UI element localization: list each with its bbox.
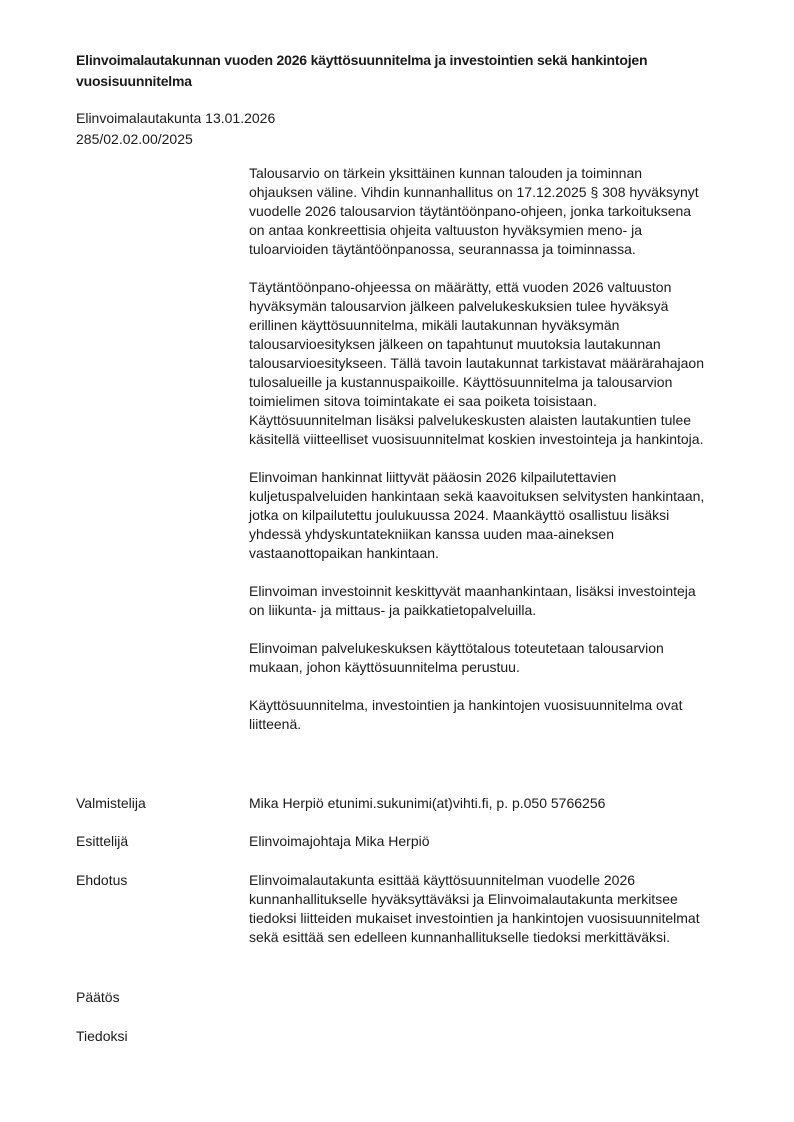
document-title: Elinvoimalautakunnan vuoden 2026 käyttös… — [76, 50, 696, 92]
paragraph: Täytäntöönpano-ohjeessa on määrätty, ett… — [249, 278, 769, 449]
proposal-value: Elinvoimalautakunta esittää käyttösuunni… — [249, 871, 769, 947]
info-label: Tiedoksi — [76, 1027, 246, 1046]
board-date: Elinvoimalautakunta 13.01.2026 — [76, 108, 275, 129]
paragraph: Elinvoiman palvelukeskuksen käyttötalous… — [249, 639, 769, 677]
paragraph: Elinvoiman hankinnat liittyvät pääosin 2… — [249, 468, 769, 563]
document-body: Talousarvio on tärkein yksittäinen kunna… — [249, 164, 769, 753]
paragraph: Käyttösuunnitelma, investointien ja hank… — [249, 696, 769, 734]
paragraph: Elinvoiman investoinnit keskittyvät maan… — [249, 582, 769, 620]
document-meta: Elinvoimalautakunta 13.01.2026 285/02.02… — [76, 108, 275, 150]
preparer-value: Mika Herpiö etunimi.sukunimi(at)vihti.fi… — [249, 794, 769, 813]
paragraph: Talousarvio on tärkein yksittäinen kunna… — [249, 164, 769, 259]
decision-label: Päätös — [76, 988, 246, 1007]
presenter-value: Elinvoimajohtaja Mika Herpiö — [249, 832, 769, 851]
case-number: 285/02.02.00/2025 — [76, 129, 275, 150]
preparer-label: Valmistelija — [76, 794, 246, 813]
presenter-label: Esittelijä — [76, 832, 246, 851]
proposal-label: Ehdotus — [76, 871, 246, 890]
document-page: Elinvoimalautakunnan vuoden 2026 käyttös… — [0, 0, 794, 1122]
